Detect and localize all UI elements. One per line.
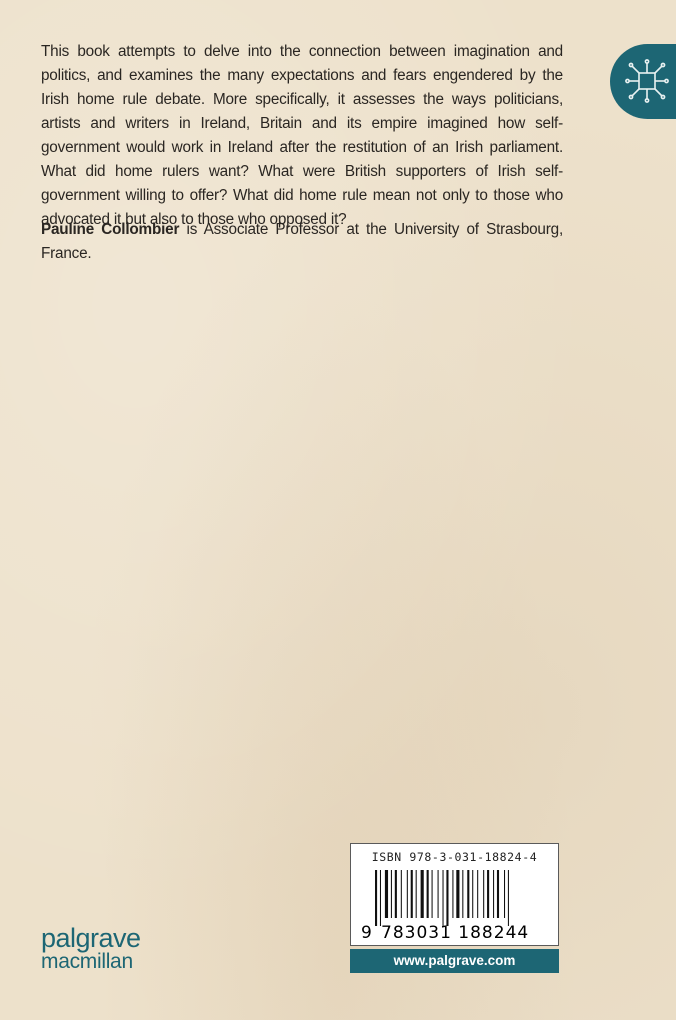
svg-text:9: 9	[361, 923, 372, 942]
barcode-bars: 9783031 188244	[361, 870, 549, 942]
svg-text:783031 188244: 783031 188244	[381, 923, 529, 942]
publisher-url[interactable]: www.palgrave.com	[350, 949, 559, 973]
author-bio: Pauline Collombier is Associate Professo…	[41, 218, 563, 266]
publisher-line2: macmillan	[41, 951, 141, 973]
publisher-line1: palgrave	[41, 925, 141, 951]
description-text: This book attempts to delve into the con…	[41, 40, 563, 232]
publisher-logo: palgrave macmillan	[41, 925, 141, 973]
isbn-barcode: ISBN 978-3-031-18824-4 9783031 188244	[350, 843, 559, 946]
isbn-label: ISBN 978-3-031-18824-4	[351, 850, 558, 864]
palgrave-network-icon	[610, 44, 676, 119]
author-name: Pauline Collombier	[41, 221, 179, 238]
book-description: This book attempts to delve into the con…	[41, 40, 563, 232]
